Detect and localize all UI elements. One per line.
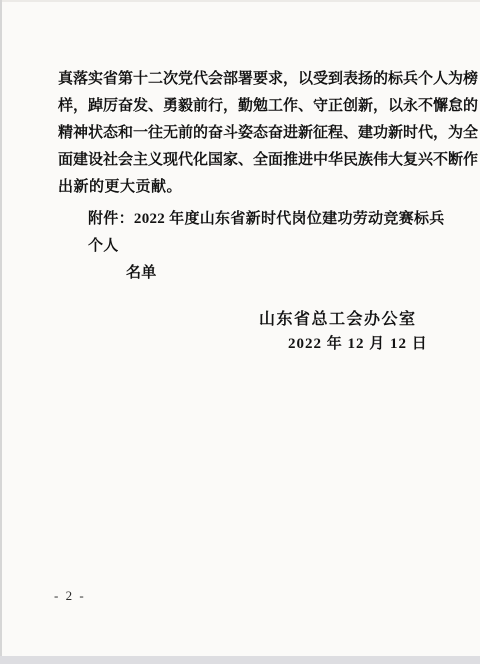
scanned-document-page: 真落实省第十二次党代会部署要求，以受到表扬的标兵个人为榜 样，踔厉奋发、勇毅前行…	[0, 0, 480, 664]
signature-date: 2022 年 12 月 12 日	[288, 332, 428, 353]
paragraph-line: 样，踔厉奋发、勇毅前行，勤勉工作、守正创新，以永不懈怠的	[58, 93, 448, 120]
attachment-title-line: 附件：2022 年度山东省新时代岗位建功劳动竞赛标兵个人	[88, 206, 450, 260]
body-paragraph: 真落实省第十二次党代会部署要求，以受到表扬的标兵个人为榜 样，踔厉奋发、勇毅前行…	[58, 66, 448, 201]
attachment-title-continuation: 名单	[126, 260, 450, 287]
scan-edge-bottom	[0, 656, 480, 664]
paragraph-line: 面建设社会主义现代化国家、全面推进中华民族伟大复兴不断作	[58, 147, 448, 174]
paragraph-line: 出新的更大贡献。	[58, 174, 448, 201]
page-number: - 2 -	[54, 588, 86, 604]
signature-issuer: 山东省总工会办公室	[259, 306, 417, 329]
paragraph-line: 精神状态和一往无前的奋斗姿态奋进新征程、建功新时代，为全	[58, 120, 448, 147]
scan-edge-left	[0, 0, 2, 664]
attachment-note: 附件：2022 年度山东省新时代岗位建功劳动竞赛标兵个人 名单	[88, 206, 450, 287]
paragraph-line: 真落实省第十二次党代会部署要求，以受到表扬的标兵个人为榜	[58, 66, 448, 93]
scan-edge-top	[0, 0, 480, 2]
